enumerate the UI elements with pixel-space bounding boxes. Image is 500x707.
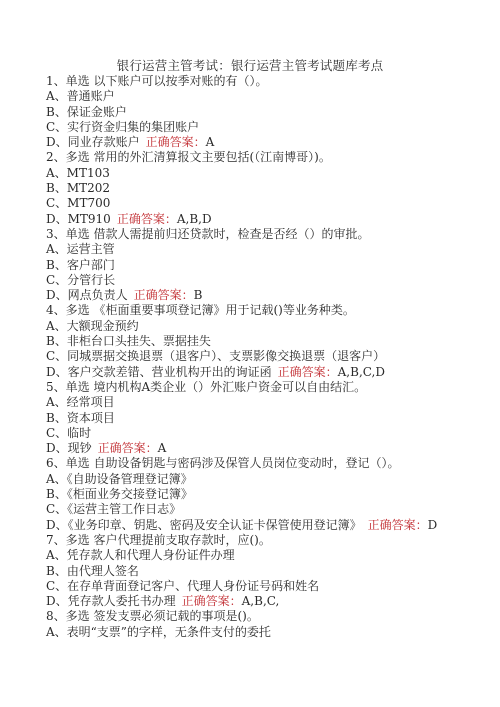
option-text: B、MT202 bbox=[46, 181, 110, 195]
option-text: C、实行资金归集的集团账户 bbox=[46, 120, 199, 134]
question-line: 3、单选 借款人需提前归还贷款时，检查是否经（）的审批。 bbox=[46, 227, 496, 242]
question-text: 6、单选 自助设备钥匙与密码涉及保管人员岗位变动时，登记（）。 bbox=[46, 456, 399, 470]
option-line: A、MT103 bbox=[46, 166, 496, 181]
option-line: B、《柜面业务交接登记簿》 bbox=[46, 487, 496, 502]
option-text: C、《运营主管工作日志》 bbox=[46, 502, 181, 516]
document-title: 银行运营主管考试：银行运营主管考试题库考点 bbox=[0, 58, 500, 74]
question-line: 1、单选 以下账户可以按季对账的有（）。 bbox=[46, 74, 496, 89]
option-text: C、同城票据交换退票（退客户）、支票影像交换退票（退客户） bbox=[46, 349, 385, 363]
option-text: C、在存单背面登记客户、代理人身份证号码和姓名 bbox=[46, 579, 319, 593]
option-line: D、《业务印章、钥匙、密码及安全认证卡保管使用登记簿》正确答案：D bbox=[46, 518, 496, 533]
option-text: A、普通账户 bbox=[46, 89, 115, 103]
option-text: B、客户部门 bbox=[46, 258, 115, 272]
option-text: B、由代理人签名 bbox=[46, 564, 139, 578]
option-line: C、在存单背面登记客户、代理人身份证号码和姓名 bbox=[46, 579, 496, 594]
question-text: 8、多选 签发支票必须记载的事项是()。 bbox=[46, 609, 259, 623]
option-line: B、由代理人签名 bbox=[46, 564, 496, 579]
option-text: B、资本项目 bbox=[46, 411, 115, 425]
correct-answer-label: 正确答案： bbox=[278, 365, 338, 379]
correct-answer-label: 正确答案： bbox=[98, 441, 158, 455]
question-text: 7、多选 客户代理提前支取存款时，应()。 bbox=[46, 533, 271, 547]
question-line: 5、单选 境内机构A类企业（）外汇账户资金可以自由结汇。 bbox=[46, 380, 496, 395]
option-line: B、MT202 bbox=[46, 181, 496, 196]
correct-answer-value: A,B,D bbox=[177, 212, 212, 226]
option-line: C、《运营主管工作日志》 bbox=[46, 502, 496, 517]
option-line: A、《自助设备管理登记簿》 bbox=[46, 472, 496, 487]
option-text: C、MT700 bbox=[46, 196, 110, 210]
correct-answer-label: 正确答案： bbox=[134, 288, 194, 302]
option-line: B、资本项目 bbox=[46, 411, 496, 426]
option-line: D、凭存款人委托书办理正确答案：A,B,C, bbox=[46, 594, 496, 609]
correct-answer-value: A,B,C, bbox=[242, 594, 280, 608]
option-text: D、凭存款人委托书办理 bbox=[46, 594, 176, 608]
option-text: C、分管行长 bbox=[46, 273, 115, 287]
question-text: 2、多选 常用的外汇清算报文主要包括(（江南博哥）)。 bbox=[46, 150, 331, 164]
option-text: A、大额现金预约 bbox=[46, 319, 139, 333]
correct-answer-value: A bbox=[158, 441, 167, 455]
option-text: A、运营主管 bbox=[46, 242, 115, 256]
question-line: 8、多选 签发支票必须记载的事项是()。 bbox=[46, 609, 496, 624]
option-line: B、非柜台口头挂失、票据挂失 bbox=[46, 334, 496, 349]
option-line: B、客户部门 bbox=[46, 258, 496, 273]
option-text: B、《柜面业务交接登记簿》 bbox=[46, 487, 193, 501]
option-text: A、MT103 bbox=[46, 166, 110, 180]
correct-answer-value: A,B,C,D bbox=[338, 365, 385, 379]
question-line: 6、单选 自助设备钥匙与密码涉及保管人员岗位变动时，登记（）。 bbox=[46, 456, 496, 471]
option-text: A、《自助设备管理登记簿》 bbox=[46, 472, 193, 486]
correct-answer-label: 正确答案： bbox=[146, 135, 206, 149]
question-line: 4、多选 《柜面重要事项登记簿》用于记载()等业务种类。 bbox=[46, 303, 496, 318]
option-line: D、现钞正确答案：A bbox=[46, 441, 496, 456]
option-text: D、客户交款差错、营业机构开出的询证函 bbox=[46, 365, 272, 379]
option-text: A、经常项目 bbox=[46, 395, 115, 409]
option-text: B、非柜台口头挂失、票据挂失 bbox=[46, 334, 211, 348]
option-line: A、凭存款人和代理人身份证件办理 bbox=[46, 548, 496, 563]
document-page: 银行运营主管考试：银行运营主管考试题库考点 1、单选 以下账户可以按季对账的有（… bbox=[0, 0, 500, 707]
option-line: C、同城票据交换退票（退客户）、支票影像交换退票（退客户） bbox=[46, 349, 496, 364]
option-line: C、分管行长 bbox=[46, 273, 496, 288]
option-line: A、经常项目 bbox=[46, 395, 496, 410]
option-line: C、临时 bbox=[46, 426, 496, 441]
option-line: A、普通账户 bbox=[46, 89, 496, 104]
option-line: B、保证金账户 bbox=[46, 105, 496, 120]
option-text: A、表明“支票”的字样，无条件支付的委托 bbox=[46, 625, 271, 639]
option-line: A、表明“支票”的字样，无条件支付的委托 bbox=[46, 625, 496, 640]
option-text: D、《业务印章、钥匙、密码及安全认证卡保管使用登记簿》 bbox=[46, 518, 362, 532]
correct-answer-value: A bbox=[206, 135, 215, 149]
question-text: 3、单选 借款人需提前归还贷款时，检查是否经（）的审批。 bbox=[46, 227, 369, 241]
question-list: 1、单选 以下账户可以按季对账的有（）。A、普通账户B、保证金账户C、实行资金归… bbox=[46, 74, 496, 640]
option-line: D、同业存款账户正确答案：A bbox=[46, 135, 496, 150]
correct-answer-value: D bbox=[428, 518, 438, 532]
question-line: 7、多选 客户代理提前支取存款时，应()。 bbox=[46, 533, 496, 548]
option-line: D、MT910正确答案：A,B,D bbox=[46, 212, 496, 227]
question-text: 4、多选 《柜面重要事项登记簿》用于记载()等业务种类。 bbox=[46, 303, 355, 317]
option-line: C、实行资金归集的集团账户 bbox=[46, 120, 496, 135]
option-line: A、大额现金预约 bbox=[46, 319, 496, 334]
option-text: D、同业存款账户 bbox=[46, 135, 140, 149]
correct-answer-label: 正确答案： bbox=[368, 518, 428, 532]
option-line: D、网点负责人正确答案：B bbox=[46, 288, 496, 303]
option-text: B、保证金账户 bbox=[46, 105, 127, 119]
option-line: A、运营主管 bbox=[46, 242, 496, 257]
option-line: C、MT700 bbox=[46, 196, 496, 211]
option-line: D、客户交款差错、营业机构开出的询证函正确答案：A,B,C,D bbox=[46, 365, 496, 380]
correct-answer-label: 正确答案： bbox=[182, 594, 242, 608]
option-text: D、现钞 bbox=[46, 441, 92, 455]
question-text: 5、单选 境内机构A类企业（）外汇账户资金可以自由结汇。 bbox=[46, 380, 366, 394]
option-text: D、MT910 bbox=[46, 212, 111, 226]
option-text: A、凭存款人和代理人身份证件办理 bbox=[46, 548, 235, 562]
option-text: C、临时 bbox=[46, 426, 91, 440]
question-line: 2、多选 常用的外汇清算报文主要包括(（江南博哥）)。 bbox=[46, 150, 496, 165]
option-text: D、网点负责人 bbox=[46, 288, 128, 302]
question-text: 1、单选 以下账户可以按季对账的有（）。 bbox=[46, 74, 267, 88]
correct-answer-value: B bbox=[194, 288, 203, 302]
correct-answer-label: 正确答案： bbox=[117, 212, 177, 226]
